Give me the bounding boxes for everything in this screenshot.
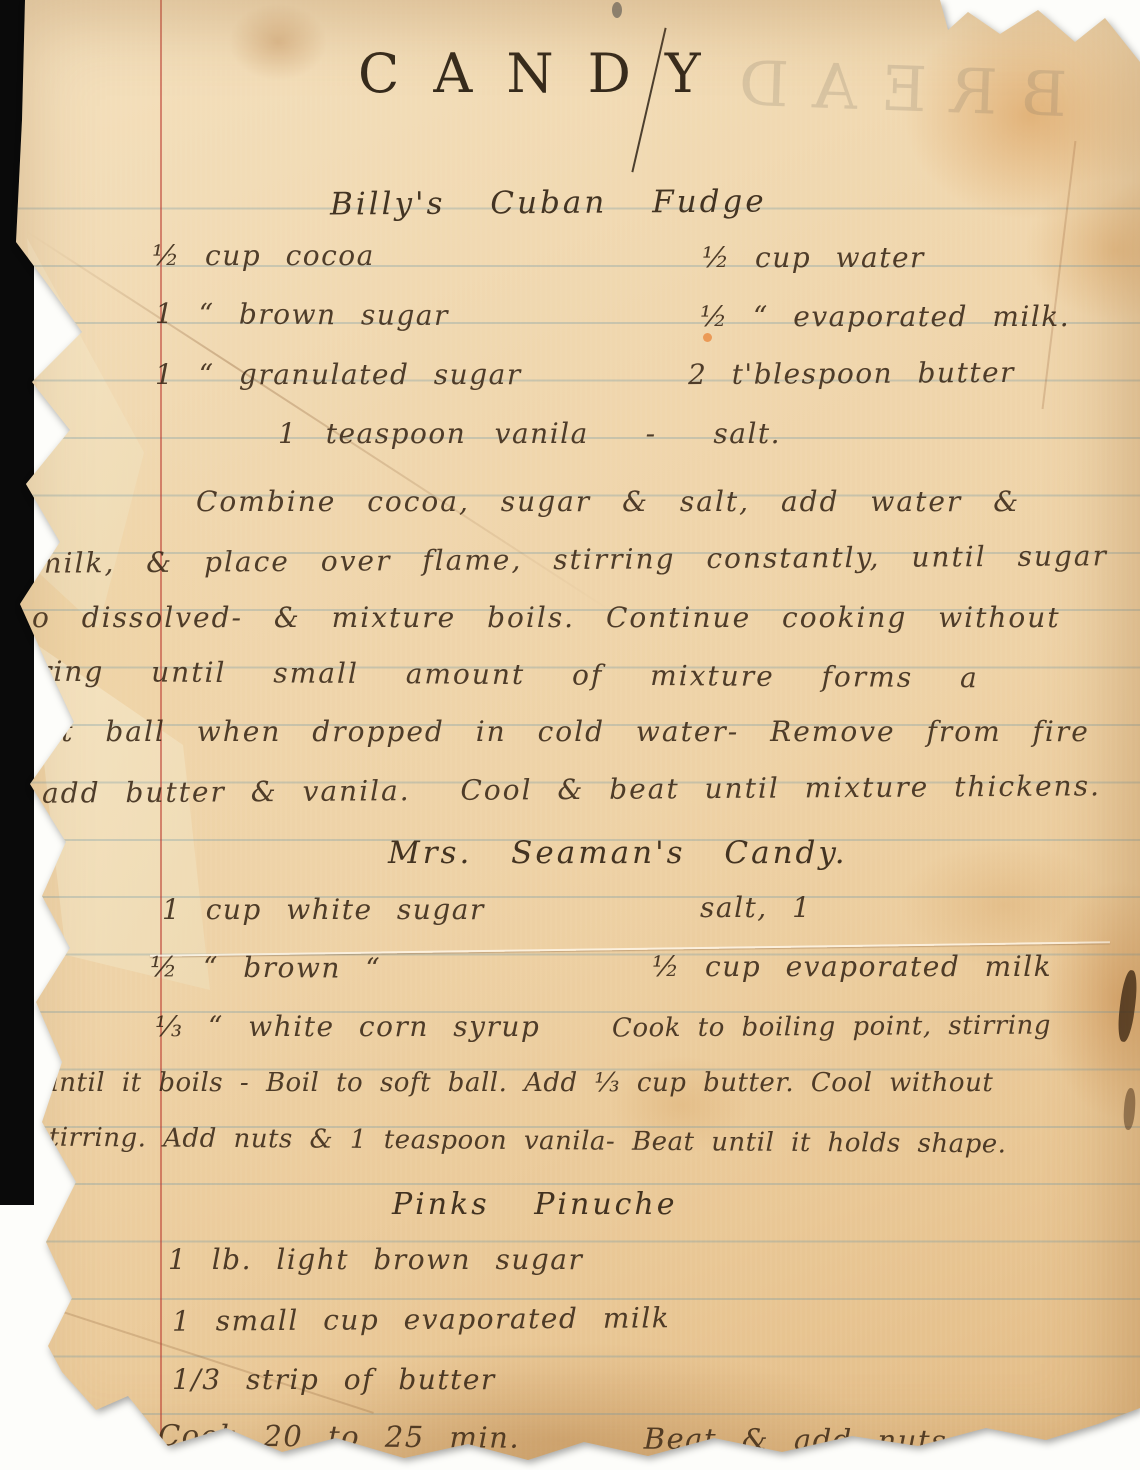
notebook-paper: BREAD CANDY Billy's Cuban Fudge ½ cup co… bbox=[0, 0, 1140, 1470]
paper-wrap: BREAD CANDY Billy's Cuban Fudge ½ cup co… bbox=[0, 0, 1140, 1470]
edge-vignette bbox=[0, 0, 1140, 1470]
scanned-recipe-page: BREAD CANDY Billy's Cuban Fudge ½ cup co… bbox=[0, 0, 1140, 1470]
